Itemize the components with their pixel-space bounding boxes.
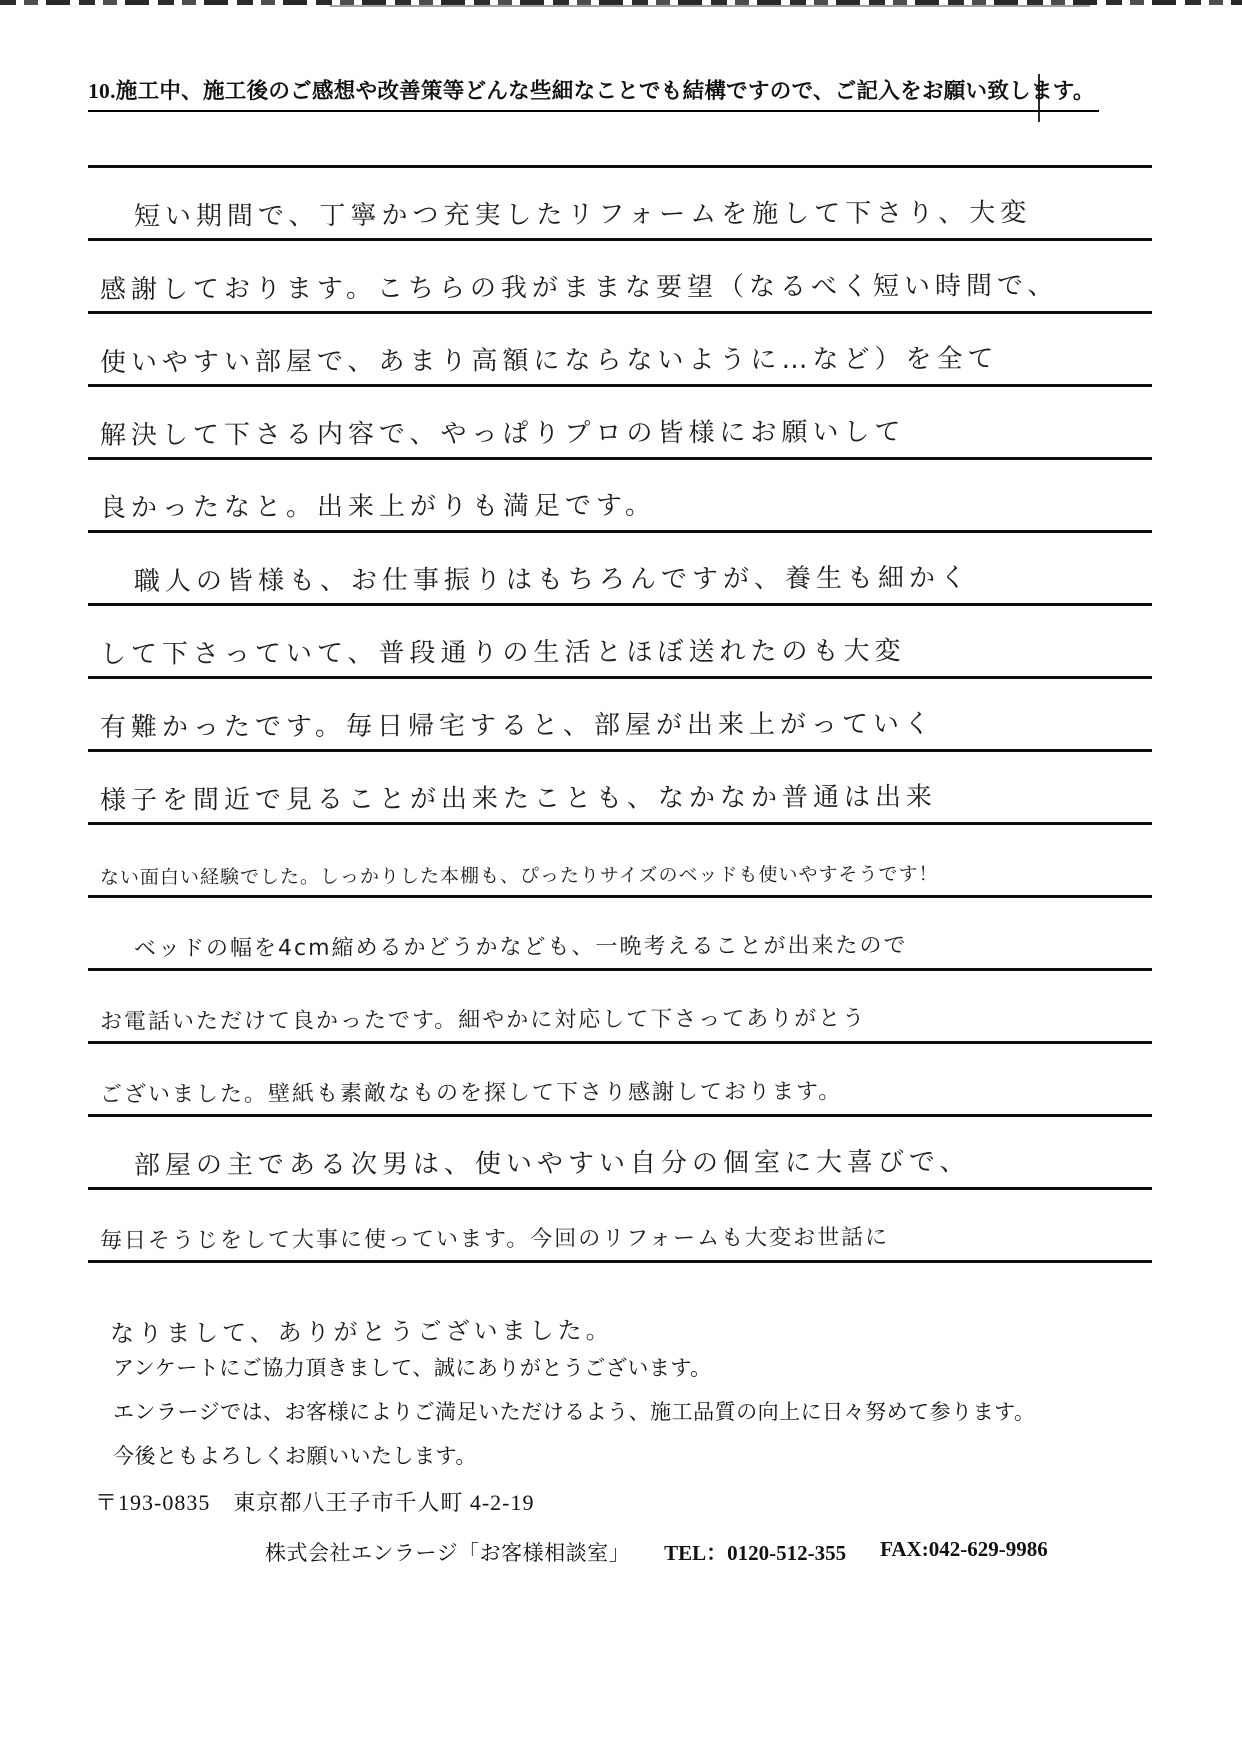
handwritten-line: ない面白い経験でした。しっかりした本棚も、ぴったりサイズのベッドも使いやすそうで… <box>88 825 1152 898</box>
thanks-line-1: アンケートにご協力頂きまして、誠にありがとうございます。 <box>113 1352 712 1382</box>
handwritten-text: 使いやすい部屋で、あまり高額にならないように…など）を全て <box>100 338 999 379</box>
company-contact-line: 株式会社エンラージ「お客様相談室」 TEL：0120-512-355 FAX:0… <box>265 1537 1048 1567</box>
handwritten-line: 部屋の主である次男は、使いやすい自分の個室に大喜びで、 <box>88 1117 1152 1190</box>
handwritten-text: 良かったなと。出来上がりも満足です。 <box>100 485 656 524</box>
question-10-label: 10.施工中、施工後のご感想や改善策等どんな些細なことでも結構ですので、ご記入を… <box>88 74 1099 112</box>
handwritten-text: 解決して下さる内容で、やっぱりプロの皆様にお願いして <box>100 411 906 452</box>
handwritten-line: 職人の皆様も、お仕事振りはもちろんですが、養生も細かく <box>88 533 1152 606</box>
handwritten-text: 感謝しております。こちらの我がままな要望（なるべく短い時間で、 <box>100 265 1059 306</box>
handwritten-line: 使いやすい部屋で、あまり高額にならないように…など）を全て <box>88 314 1152 387</box>
handwritten-line: 有難かったです。毎日帰宅すると、部屋が出来上がっていく <box>88 679 1152 752</box>
handwritten-text: ベッドの幅を4cm縮めるかどうかなども、一晩考えることが出来たので <box>134 928 908 962</box>
handwritten-text: 毎日そうじをして大事に使っています。今回のリフォームも大変お世話に <box>100 1220 889 1254</box>
handwritten-text: お電話いただけて良かったです。細やかに対応して下さってありがとう <box>100 1001 866 1035</box>
handwritten-line: 短い期間で、丁寧かつ充実したリフォームを施して下さり、大変 <box>88 168 1152 241</box>
handwritten-line-final: なりまして、ありがとうございました。 <box>110 1310 614 1349</box>
handwritten-text: 職人の皆様も、お仕事振りはもちろんですが、養生も細かく <box>134 557 971 598</box>
handwritten-text: して下さっていて、普段通りの生活とほぼ送れたのも大変 <box>100 630 906 671</box>
thanks-line-2: エンラージでは、お客様によりご満足いただけるよう、施工品質の向上に日々努めて参り… <box>113 1396 1035 1426</box>
fax-number: FAX:042-629-9986 <box>880 1537 1048 1567</box>
handwritten-line: お電話いただけて良かったです。細やかに対応して下さってありがとう <box>88 971 1152 1044</box>
handwritten-line: して下さっていて、普段通りの生活とほぼ送れたのも大変 <box>88 606 1152 679</box>
company-name: 株式会社エンラージ「お客様相談室」 <box>265 1537 630 1567</box>
scan-artifact-line <box>330 5 1090 7</box>
scanned-survey-page: 10.施工中、施工後のご感想や改善策等どんな些細なことでも結構ですので、ご記入を… <box>0 0 1242 1754</box>
handwritten-text: 部屋の主である次男は、使いやすい自分の個室に大喜びで、 <box>134 1141 971 1182</box>
handwritten-text: 様子を間近で見ることが出来たことも、なかなか普通は出来 <box>100 776 937 817</box>
handwritten-line: ベッドの幅を4cm縮めるかどうかなども、一晩考えることが出来たので <box>88 898 1152 971</box>
handwritten-text: 短い期間で、丁寧かつ充実したリフォームを施して下さり、大変 <box>134 192 1031 233</box>
handwritten-text: ございました。壁紙も素敵なものを探して下さり感謝しております。 <box>100 1074 842 1108</box>
handwritten-line: 様子を間近で見ることが出来たことも、なかなか普通は出来 <box>88 752 1152 825</box>
handwritten-line: 毎日そうじをして大事に使っています。今回のリフォームも大変お世話に <box>88 1190 1152 1263</box>
handwritten-line: ございました。壁紙も素敵なものを探して下さり感謝しております。 <box>88 1044 1152 1117</box>
telephone-number: TEL：0120-512-355 <box>664 1537 846 1567</box>
handwritten-text: ない面白い経験でした。しっかりした本棚も、ぴったりサイズのベッドも使いやすそうで… <box>100 859 939 890</box>
handwritten-line: 良かったなと。出来上がりも満足です。 <box>88 460 1152 533</box>
handwritten-line: 解決して下さる内容で、やっぱりプロの皆様にお願いして <box>88 387 1152 460</box>
handwritten-line: 感謝しております。こちらの我がままな要望（なるべく短い時間で、 <box>88 241 1152 314</box>
thanks-line-3: 今後ともよろしくお願いいたします。 <box>113 1440 477 1470</box>
handwritten-response-area: 短い期間で、丁寧かつ充実したリフォームを施して下さり、大変 感謝しております。こ… <box>88 165 1152 1263</box>
postal-address: 〒193-0835 東京都八王子市千人町 4-2-19 <box>95 1486 534 1517</box>
handwritten-text: 有難かったです。毎日帰宅すると、部屋が出来上がっていく <box>100 703 935 744</box>
